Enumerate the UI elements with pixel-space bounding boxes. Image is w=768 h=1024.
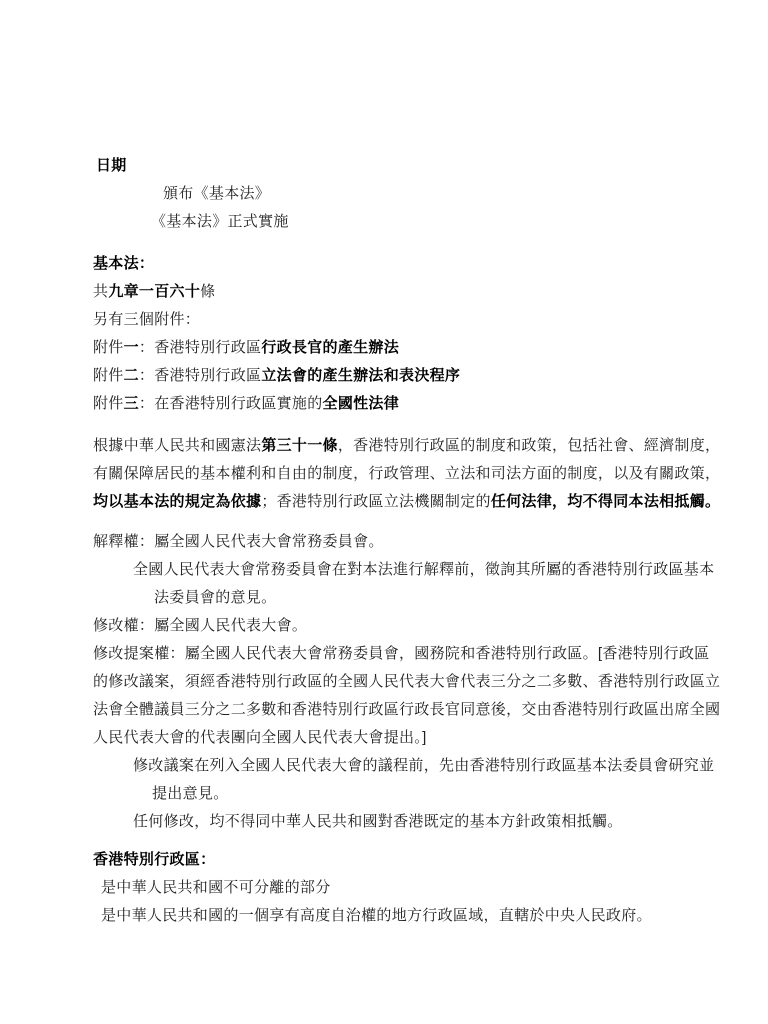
text-line: 解釋權：屬全國人民代表大會常務委員會。 [93,528,693,556]
text-line: 附件二：香港特別行政區立法會的產生辦法和表決程序 [93,362,693,390]
text-line: 日期 [93,152,693,180]
constitution-basis-paragraph: 根據中華人民共和國憲法第三十一條，香港特別行政區的制度和政策，包括社會、經濟制度… [93,432,693,516]
text-line: 修改提案權：屬全國人民代表大會常務委員會，國務院和香港特別行政區。[香港特別行政… [93,640,693,668]
text-line: 附件三：在香港特別行政區實施的全國性法律 [93,390,693,418]
text-line: 是中華人民共和國不可分離的部分 [93,874,693,902]
bold-text-segment: 第三十一條 [261,437,338,454]
text-segment: 全國人民代表大會常務委員會在對本法進行解釋前，徵詢其所屬的香港特別行政區基本 [133,561,714,578]
amendment-procedure-notes: 修改議案在列入全國人民代表大會的議程前，先由香港特別行政區基本法委員會研究並提出… [93,752,693,836]
text-segment: 修改議案在列入全國人民代表大會的議程前，先由香港特別行政區基本法委員會研究並 [133,757,714,774]
text-segment: 是中華人民共和國的一個享有高度自治權的地方行政區域，直轄於中央人民政府。 [101,907,652,924]
text-segment: 附件 [93,367,124,384]
text-line: 《基本法》正式實施 [93,208,693,236]
bold-text-segment: 二 [124,367,139,384]
bold-text-segment: 基本法： [93,255,154,272]
text-segment: 條 [200,283,215,300]
date-section: 日期頒布《基本法》《基本法》正式實施 [93,152,693,236]
text-line: 任何修改，均不得同中華人民共和國對香港既定的基本方針政策相抵觸。 [93,808,693,836]
text-segment: 人民代表大會的代表團向全國人民代表大會提出。] [93,729,427,746]
bold-text-segment: 日期 [96,157,127,174]
text-line: 是中華人民共和國的一個享有高度自治權的地方行政區域，直轄於中央人民政府。 [93,902,693,930]
text-line: 法會全體議員三分之二多數和香港特別行政區行政長官同意後，交由香港特別行政區出席全… [93,696,693,724]
text-line: 附件一：香港特別行政區行政長官的產生辦法 [93,334,693,362]
text-segment: 法委員會的意見。 [154,589,276,606]
bold-text-segment: 一 [124,339,139,356]
text-segment: 另有三個附件： [93,311,200,328]
bold-text-segment: 三 [124,395,139,412]
document-page: 日期頒布《基本法》《基本法》正式實施基本法：共九章一百六十條另有三個附件：附件一… [0,0,768,1024]
text-segment: 《基本法》正式實施 [151,213,289,230]
hksar-section: 香港特別行政區：是中華人民共和國不可分離的部分是中華人民共和國的一個享有高度自治… [93,846,693,930]
text-line: 的修改議案，須經香港特別行政區的全國人民代表大會代表三分之二多數、香港特別行政區… [93,668,693,696]
text-segment: 共 [93,283,108,300]
text-segment: 修改權：屬全國人民代表大會。 [93,617,307,634]
text-line: 頒布《基本法》 [93,180,693,208]
text-segment: 有關保障居民的基本權利和自由的制度，行政管理、立法和司法方面的制度，以及有關政策… [93,465,720,482]
text-segment: 頒布《基本法》 [163,185,270,202]
text-segment: 任何修改，均不得同中華人民共和國對香港既定的基本方針政策相抵觸。 [133,813,623,830]
text-segment: 法會全體議員三分之二多數和香港特別行政區行政長官同意後，交由香港特別行政區出席全… [93,701,720,718]
text-line: 人民代表大會的代表團向全國人民代表大會提出。] [93,724,693,752]
text-segment: ：香港特別行政區 [139,367,261,384]
amendment-proposal-right: 修改提案權：屬全國人民代表大會常務委員會，國務院和香港特別行政區。[香港特別行政… [93,640,693,752]
text-line: 共九章一百六十條 [93,278,693,306]
bold-text-segment: 均以基本法的規定為依據 [93,493,261,510]
text-line: 修改權：屬全國人民代表大會。 [93,612,693,640]
bold-text-segment: 立法會的產生辦法和表決程序 [261,367,460,384]
text-line: 全國人民代表大會常務委員會在對本法進行解釋前，徵詢其所屬的香港特別行政區基本 [93,556,693,584]
text-line: 均以基本法的規定為依據；香港特別行政區立法機關制定的任何法律，均不得同本法相抵觸… [93,488,693,516]
text-segment: 是中華人民共和國不可分離的部分 [101,879,331,896]
text-line: 有關保障居民的基本權利和自由的制度，行政管理、立法和司法方面的制度，以及有關政策… [93,460,693,488]
text-line: 基本法： [93,250,693,278]
text-line: 法委員會的意見。 [93,584,693,612]
bold-text-segment: 香港特別行政區： [93,851,215,868]
text-segment: 附件 [93,395,124,412]
text-segment: ：在香港特別行政區實施的 [139,395,323,412]
text-line: 另有三個附件： [93,306,693,334]
bold-text-segment: 任何法律，均不得同本法相抵觸。 [491,493,721,510]
text-line: 修改議案在列入全國人民代表大會的議程前，先由香港特別行政區基本法委員會研究並 [93,752,693,780]
text-segment: 提出意見。 [152,785,229,802]
text-segment: 的修改議案，須經香港特別行政區的全國人民代表大會代表三分之二多數、香港特別行政區… [93,673,720,690]
document-content: 日期頒布《基本法》《基本法》正式實施基本法：共九章一百六十條另有三個附件：附件一… [93,152,693,930]
text-line: 根據中華人民共和國憲法第三十一條，香港特別行政區的制度和政策，包括社會、經濟制度… [93,432,693,460]
interpretation-and-amendment-rights: 解釋權：屬全國人民代表大會常務委員會。全國人民代表大會常務委員會在對本法進行解釋… [93,528,693,640]
text-segment: ；香港特別行政區立法機關制定的 [261,493,491,510]
bold-text-segment: 行政長官的產生辦法 [261,339,399,356]
text-segment: 解釋權：屬全國人民代表大會常務委員會。 [93,533,384,550]
text-segment: 修改提案權：屬全國人民代表大會常務委員會，國務院和香港特別行政區。[香港特別行政… [93,645,709,662]
text-line: 香港特別行政區： [93,846,693,874]
basic-law-overview: 基本法：共九章一百六十條另有三個附件：附件一：香港特別行政區行政長官的產生辦法附… [93,250,693,418]
text-segment: 附件 [93,339,124,356]
text-segment: 根據中華人民共和國憲法 [93,437,261,454]
text-line: 提出意見。 [93,780,693,808]
text-segment: ，香港特別行政區的制度和政策，包括社會、經濟制度， [338,437,721,454]
text-segment: ：香港特別行政區 [139,339,261,356]
bold-text-segment: 全國性法律 [323,395,400,412]
bold-text-segment: 九章一百六十 [108,283,200,300]
